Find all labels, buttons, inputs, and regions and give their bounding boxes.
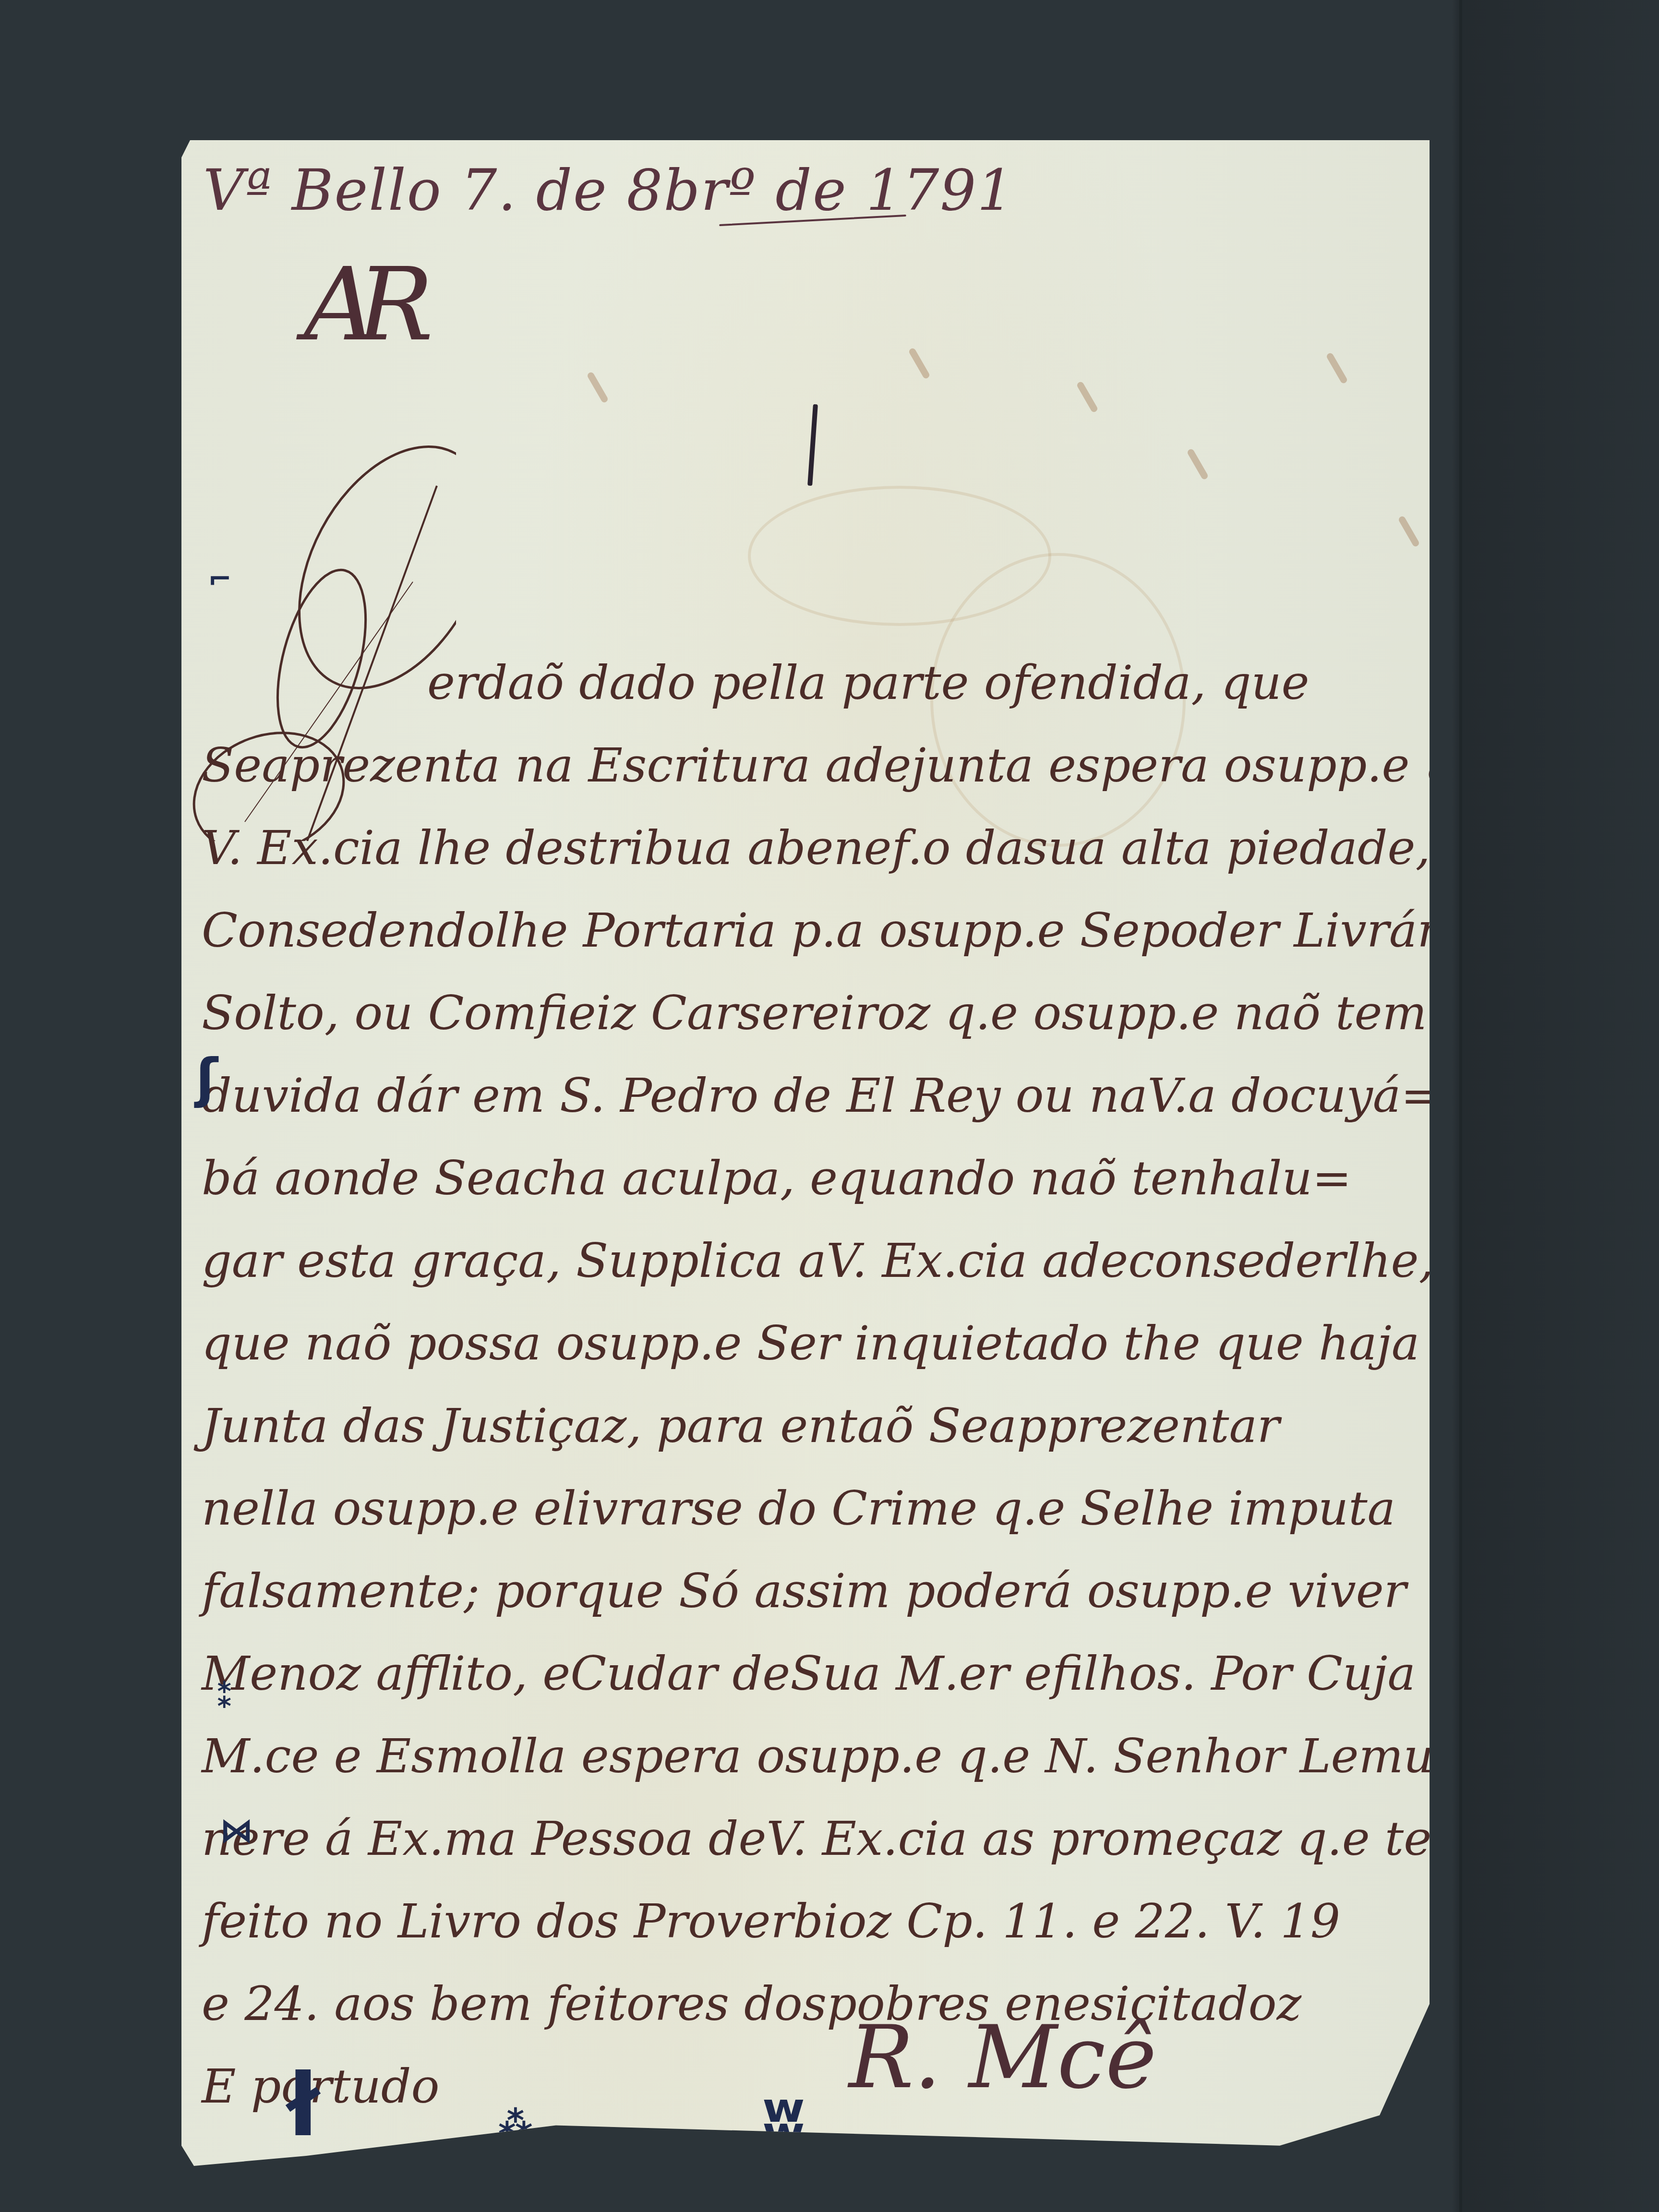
body-line: Seaprezenta na Escritura adejunta espera… [202,724,1411,807]
body-line: gar esta graça, Supplica aV. Ex.cia adec… [202,1220,1411,1302]
body-line: erdaõ dado pella parte ofendida, que [202,642,1411,724]
ink-stain [1076,381,1098,413]
bottom-stamp-mark: ʬ [762,2080,805,2163]
petition-body: erdaõ dado pella parte ofendida, que Sea… [202,642,1411,2128]
body-line: e 24. aos bem feitores dospobres enesici… [202,1963,1411,2045]
monogram: AR [304,246,414,363]
background-mat-seam [1459,0,1462,2212]
ink-stain [1325,352,1348,385]
ink-stain [908,347,930,380]
body-line: Consedendolhe Portaria p.a osupp.e Sepod… [202,890,1411,972]
marginal-stroke-mark [807,404,818,486]
ink-stain [1397,515,1420,548]
margin-stamp-mark: ⌐ [208,563,232,596]
body-line: Solto, ou Comfieiz Carsereiroz q.e osupp… [202,972,1411,1055]
bottom-stamp-mark: ł [287,2056,319,2156]
body-line: duvida dár em S. Pedro de El Rey ou naV.… [202,1055,1411,1137]
header-place-date: Vª Bello 7. de 8brº de 1791 [203,157,1014,223]
margin-stamp-mark: ʃ [196,1047,218,1109]
margin-stamp-mark: ⋈ [220,1811,253,1850]
body-line: nella osupp.e elivrarse do Crime q.e Sel… [202,1467,1411,1550]
margin-stamp-mark: ⁑ [216,1676,234,1716]
body-line: nere á Ex.ma Pessoa deV. Ex.cia as prome… [202,1798,1411,1880]
body-line: V. Ex.cia lhe destribua abenef.o dasua a… [202,807,1411,890]
body-line: E portudo [202,2045,1411,2128]
ink-stain [586,371,609,404]
ink-stain [1186,448,1209,481]
body-line: Junta das Justiçaz, para entaõ Seappreze… [202,1385,1411,1467]
body-line: M.ce e Esmolla espera osupp.e q.e N. Sen… [202,1715,1411,1798]
body-line: que naõ possa osupp.e Ser inquietado the… [202,1302,1411,1385]
body-line: Menoz afflito, eCudar deSua M.er efilhos… [202,1633,1411,1715]
bottom-stamp-mark: ⁂ [498,2104,533,2143]
closing-signature: R. Mcê [849,2008,1157,2108]
manuscript-page: Vª Bello 7. de 8brº de 1791 AR erdaõ dad… [181,140,1430,2166]
body-line: falsamente; porque Só assim poderá osupp… [202,1550,1411,1633]
body-line: bá aonde Seacha aculpa, equando naõ tenh… [202,1137,1411,1220]
body-line: feito no Livro dos Proverbioz Cp. 11. e … [202,1880,1411,1963]
